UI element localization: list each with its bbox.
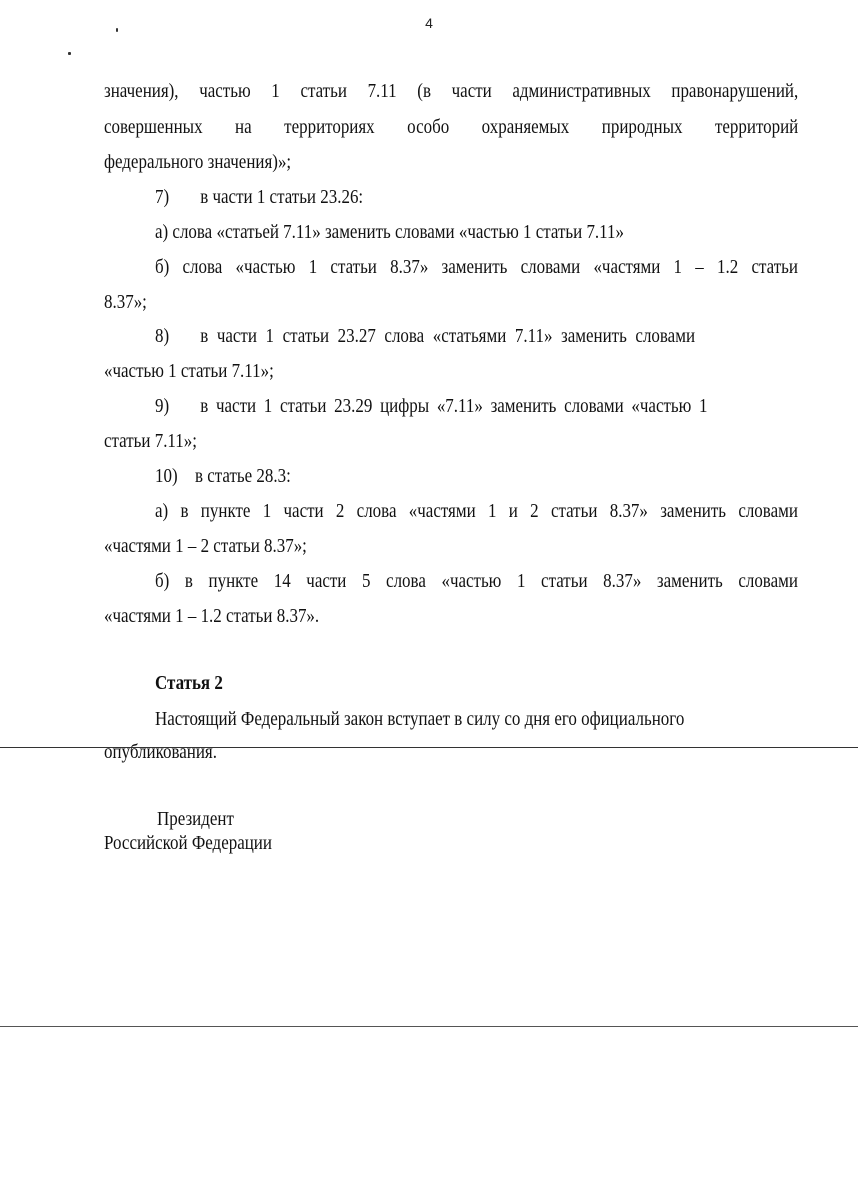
paragraph-line: совершенных на территориях особо охраняе… (104, 116, 798, 140)
item-text: в части 1 статьи 23.29 цифры «7.11» заме… (200, 396, 707, 417)
scan-artifact (68, 52, 71, 55)
list-item-7: 7)в части 1 статьи 23.26: (155, 186, 759, 210)
subitem-b-cont: «частями 1 – 1.2 статьи 8.37». (104, 605, 708, 629)
horizontal-rule (0, 747, 858, 748)
page-number: 4 (0, 15, 858, 31)
item-number: 7) (155, 186, 200, 210)
signature-title: Российской Федерации (104, 832, 272, 856)
item-number: 8) (155, 325, 200, 349)
paragraph-line: федерального значения)»; (104, 151, 708, 175)
article-text: Настоящий Федеральный закон вступает в с… (155, 708, 759, 732)
horizontal-rule (0, 1026, 858, 1027)
article-text-cont: опубликования. (104, 741, 708, 765)
signature-title: Президент (157, 808, 234, 832)
subitem-b-cont: 8.37»; (104, 291, 708, 315)
list-item-9-cont: статьи 7.11»; (104, 430, 708, 454)
subitem-a-cont: «частями 1 – 2 статьи 8.37»; (104, 535, 708, 559)
item-number: 10) (155, 465, 195, 489)
subitem-b: б) слова «частью 1 статьи 8.37» заменить… (155, 256, 798, 280)
subitem-b: б) в пункте 14 части 5 слова «частью 1 с… (155, 570, 798, 594)
item-text: в статье 28.3: (195, 466, 291, 487)
paragraph-line: значения), частью 1 статьи 7.11 (в части… (104, 80, 798, 104)
item-text: в части 1 статьи 23.26: (200, 187, 363, 208)
subitem-a: а) слова «статьей 7.11» заменить словами… (155, 221, 759, 245)
subitem-a: а) в пункте 1 части 2 слова «частями 1 и… (155, 500, 798, 524)
list-item-9: 9)в части 1 статьи 23.29 цифры «7.11» за… (155, 395, 798, 419)
list-item-8-cont: «частью 1 статьи 7.11»; (104, 360, 708, 384)
list-item-8: 8)в части 1 статьи 23.27 слова «статьями… (155, 325, 798, 349)
item-text: в части 1 статьи 23.27 слова «статьями 7… (200, 326, 695, 347)
list-item-10: 10)в статье 28.3: (155, 465, 759, 489)
item-number: 9) (155, 395, 200, 419)
article-heading: Статья 2 (155, 672, 759, 696)
